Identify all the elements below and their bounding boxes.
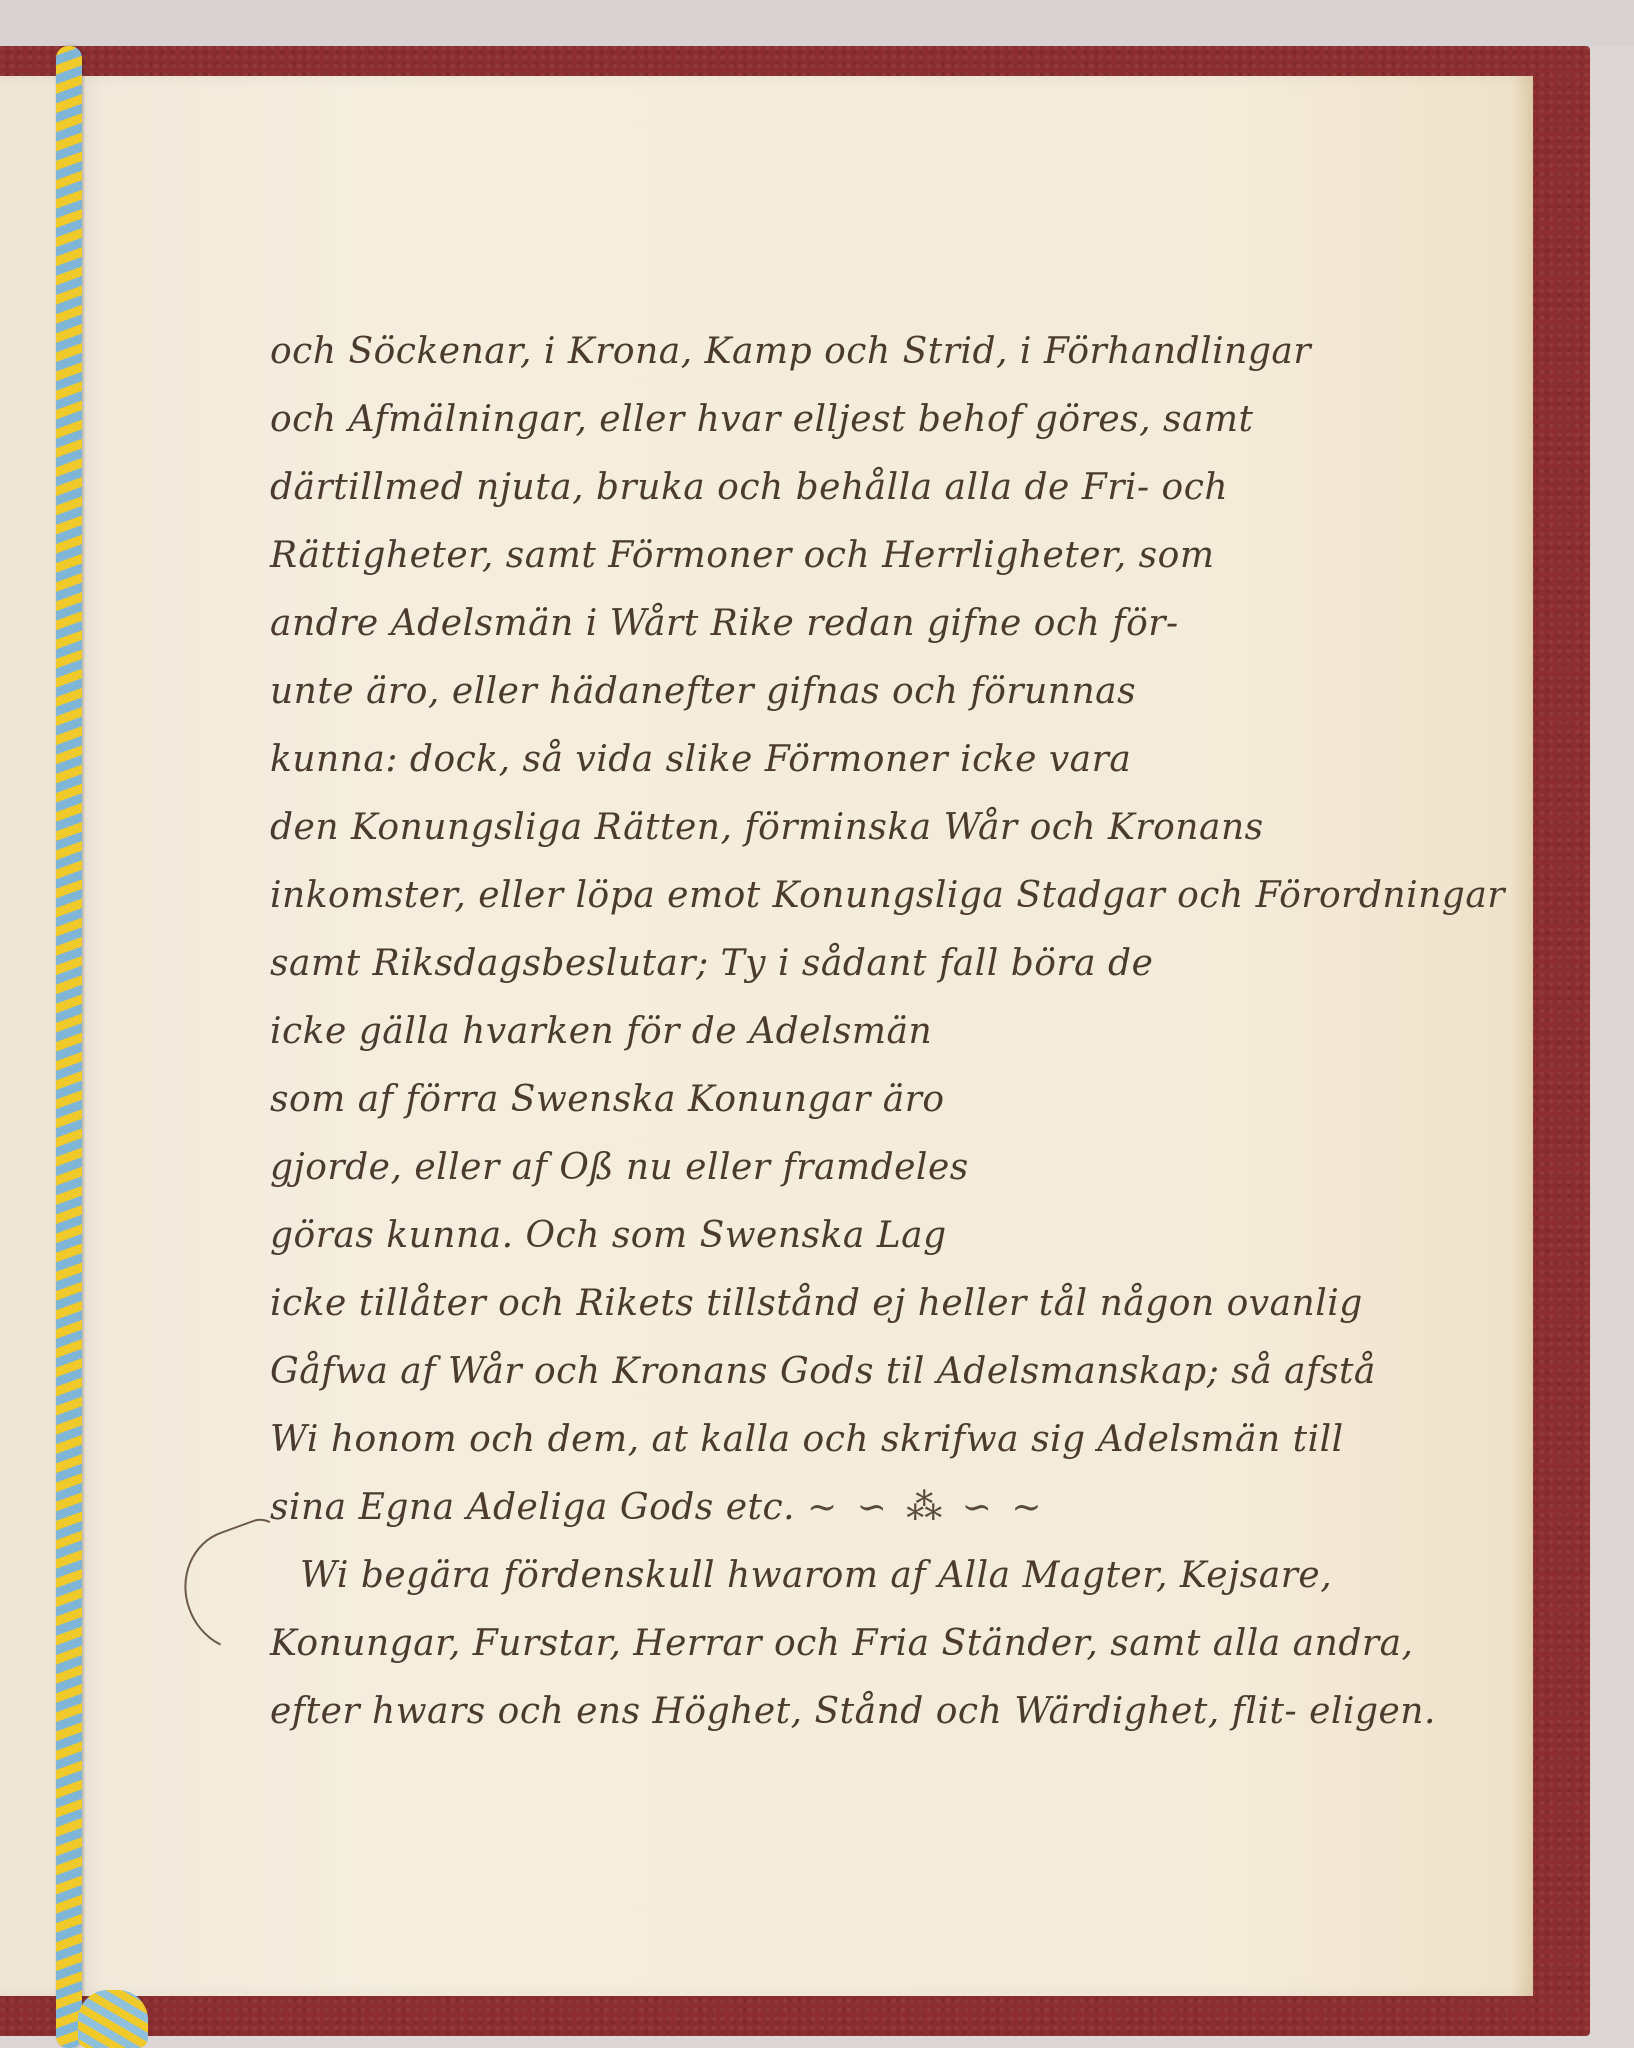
- text-fragment: sina Egna Adeliga Gods etc.: [270, 1487, 795, 1528]
- text-line: göras kunna. Och som Swenska Lag: [270, 1202, 1350, 1270]
- line-filler-flourish: ~ ∽ ⁂ ∽ ~: [807, 1487, 1045, 1528]
- text-line: icke gälla hvarken för de Adelsmän: [270, 998, 1350, 1066]
- binding-cord: [56, 46, 82, 2048]
- text-line: unte äro, eller hädanefter gifnas och fö…: [270, 658, 1350, 726]
- text-line: icke tillåter och Rikets tillstånd ej he…: [270, 1270, 1350, 1338]
- text-line: därtillmed njuta, bruka och behålla alla…: [270, 454, 1350, 522]
- text-line: den Konungsliga Rätten, förminska Wår oc…: [270, 794, 1350, 862]
- text-line: och Afmälningar, eller hvar elljest beho…: [270, 386, 1350, 454]
- text-line: efter hwars och ens Höghet, Stånd och Wä…: [270, 1678, 1350, 1746]
- text-line: och Söckenar, i Krona, Kamp och Strid, i…: [270, 318, 1350, 386]
- manuscript-text: och Söckenar, i Krona, Kamp och Strid, i…: [270, 318, 1350, 1746]
- text-line: samt Riksdagsbeslutar; Ty i sådant fall …: [270, 930, 1350, 998]
- text-line: Wi honom och dem, at kalla och skrifwa s…: [270, 1406, 1350, 1474]
- scan-background: [0, 0, 1634, 46]
- text-line: Rättigheter, samt Förmoner och Herrlighe…: [270, 522, 1350, 590]
- text-line: Konungar, Furstar, Herrar och Fria Ständ…: [270, 1610, 1350, 1678]
- text-line: Wi begära fördenskull hwarom af Alla Mag…: [270, 1542, 1350, 1610]
- text-line: Gåfwa af Wår och Kronans Gods til Adelsm…: [270, 1338, 1350, 1406]
- text-line: andre Adelsmän i Wårt Rike redan gifne o…: [270, 590, 1350, 658]
- text-line: inkomster, eller löpa emot Konungsliga S…: [270, 862, 1350, 930]
- text-line: gjorde, eller af Oß nu eller framdeles: [270, 1134, 1350, 1202]
- text-line: kunna: dock, så vida slike Förmoner icke…: [270, 726, 1350, 794]
- text-line-with-flourish: sina Egna Adeliga Gods etc. ~ ∽ ⁂ ∽ ~: [270, 1474, 1350, 1542]
- cord-knot: [78, 1990, 148, 2048]
- text-line: som af förra Swenska Konungar äro: [270, 1066, 1350, 1134]
